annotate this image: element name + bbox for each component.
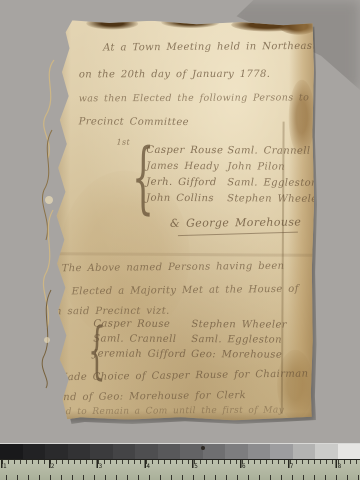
grayscale-step — [45, 444, 68, 459]
grayscale-step — [180, 444, 203, 459]
grayscale-step — [68, 444, 91, 459]
ruler-number: 2 — [51, 464, 55, 470]
ruler-number: 8 — [338, 464, 342, 470]
list1-ordinal: 1st — [116, 139, 130, 147]
ruler-number: 4 — [146, 464, 150, 470]
grayscale-step — [158, 444, 181, 459]
ruler-numbers: 12345678 — [0, 460, 360, 480]
grayscale-step — [225, 444, 248, 459]
committee-name: John Pilon — [227, 162, 323, 173]
committee-name: Stephen Wheeler — [227, 194, 323, 205]
grayscale-step — [23, 444, 46, 459]
list1-right-column: Saml. Crannell John Pilon Saml. Egglesto… — [227, 146, 323, 205]
committee-name: Saml. Eggleston — [191, 335, 287, 346]
ruler-number: 6 — [242, 464, 246, 470]
wedge-dot — [201, 446, 205, 450]
committee-name: Casper Rouse — [93, 319, 186, 330]
heading-line-4: Precinct Committee — [79, 117, 189, 128]
list2-right-column: Stephen Wheeler Saml. Eggleston Geo: Mor… — [191, 320, 287, 361]
committee-name: Saml. Crannell — [93, 334, 186, 345]
grayscale-step — [90, 444, 113, 459]
photograph-of-manuscript: At a Town Meeting held in Northeast Prec… — [0, 0, 360, 480]
heading-line-2: on the 20th day of January 1778. — [79, 70, 271, 81]
committee-name: James Heady — [146, 162, 223, 172]
closing-line-3: and to Remain a Com until the first of M… — [54, 406, 284, 417]
committee-name: Saml. Crannell — [227, 146, 323, 157]
stain — [161, 17, 219, 28]
grayscale-step — [270, 444, 293, 459]
ruler-number: 7 — [290, 464, 294, 470]
list1-left-column: Casper Rouse James Heady Jerh. Gifford J… — [146, 146, 223, 204]
committee-name: Geo: Morehouse — [191, 350, 287, 361]
stain — [231, 18, 303, 31]
ruler: 12345678 — [0, 459, 360, 480]
body-line-1: The Above named Persons having been — [62, 262, 285, 275]
closing-line-2: and of Geo: Morehouse for Clerk — [57, 391, 246, 403]
ruler-number: 1 — [3, 464, 7, 470]
grayscale-step — [135, 444, 158, 459]
stain — [279, 18, 317, 35]
grayscale-step — [113, 444, 136, 459]
ruler-number: 5 — [194, 464, 198, 470]
committee-name: Saml. Eggleston — [227, 178, 323, 189]
grayscale-wedge — [0, 443, 360, 459]
grayscale-step — [338, 444, 360, 459]
committee-name: Casper Rouse — [146, 146, 223, 156]
committee-name: Stephen Wheeler — [191, 320, 287, 331]
stain — [288, 80, 314, 155]
list1-footer-name: & George Morehouse — [170, 216, 301, 228]
grayscale-step — [293, 444, 316, 459]
list2-left-column: Casper Rouse Saml. Crannell Jeremiah Gif… — [93, 319, 186, 360]
fold-line — [50, 252, 314, 257]
binding-threads — [36, 40, 66, 390]
committee-name: John Collins — [146, 194, 223, 204]
committee-name: Jeremiah Gifford — [93, 349, 186, 360]
ruler-number: 3 — [99, 464, 103, 470]
closing-line-1: Made Choice of Casper Rouse for Chairman — [57, 370, 309, 384]
grayscale-step — [315, 444, 338, 459]
body-line-3: in said Precinct vizt. — [51, 307, 169, 318]
grayscale-step — [0, 444, 23, 459]
body-line-2: Elected a Majority Met at the House of — [72, 285, 299, 298]
stain — [86, 17, 138, 29]
signature-flourish — [178, 232, 298, 236]
grayscale-step — [248, 444, 271, 459]
heading-line-3: was then Elected the following Persons t… — [79, 93, 360, 104]
committee-name: Jerh. Gifford — [146, 178, 223, 188]
grayscale-step — [203, 444, 226, 459]
manuscript-page: At a Town Meeting held in Northeast Prec… — [49, 20, 315, 421]
